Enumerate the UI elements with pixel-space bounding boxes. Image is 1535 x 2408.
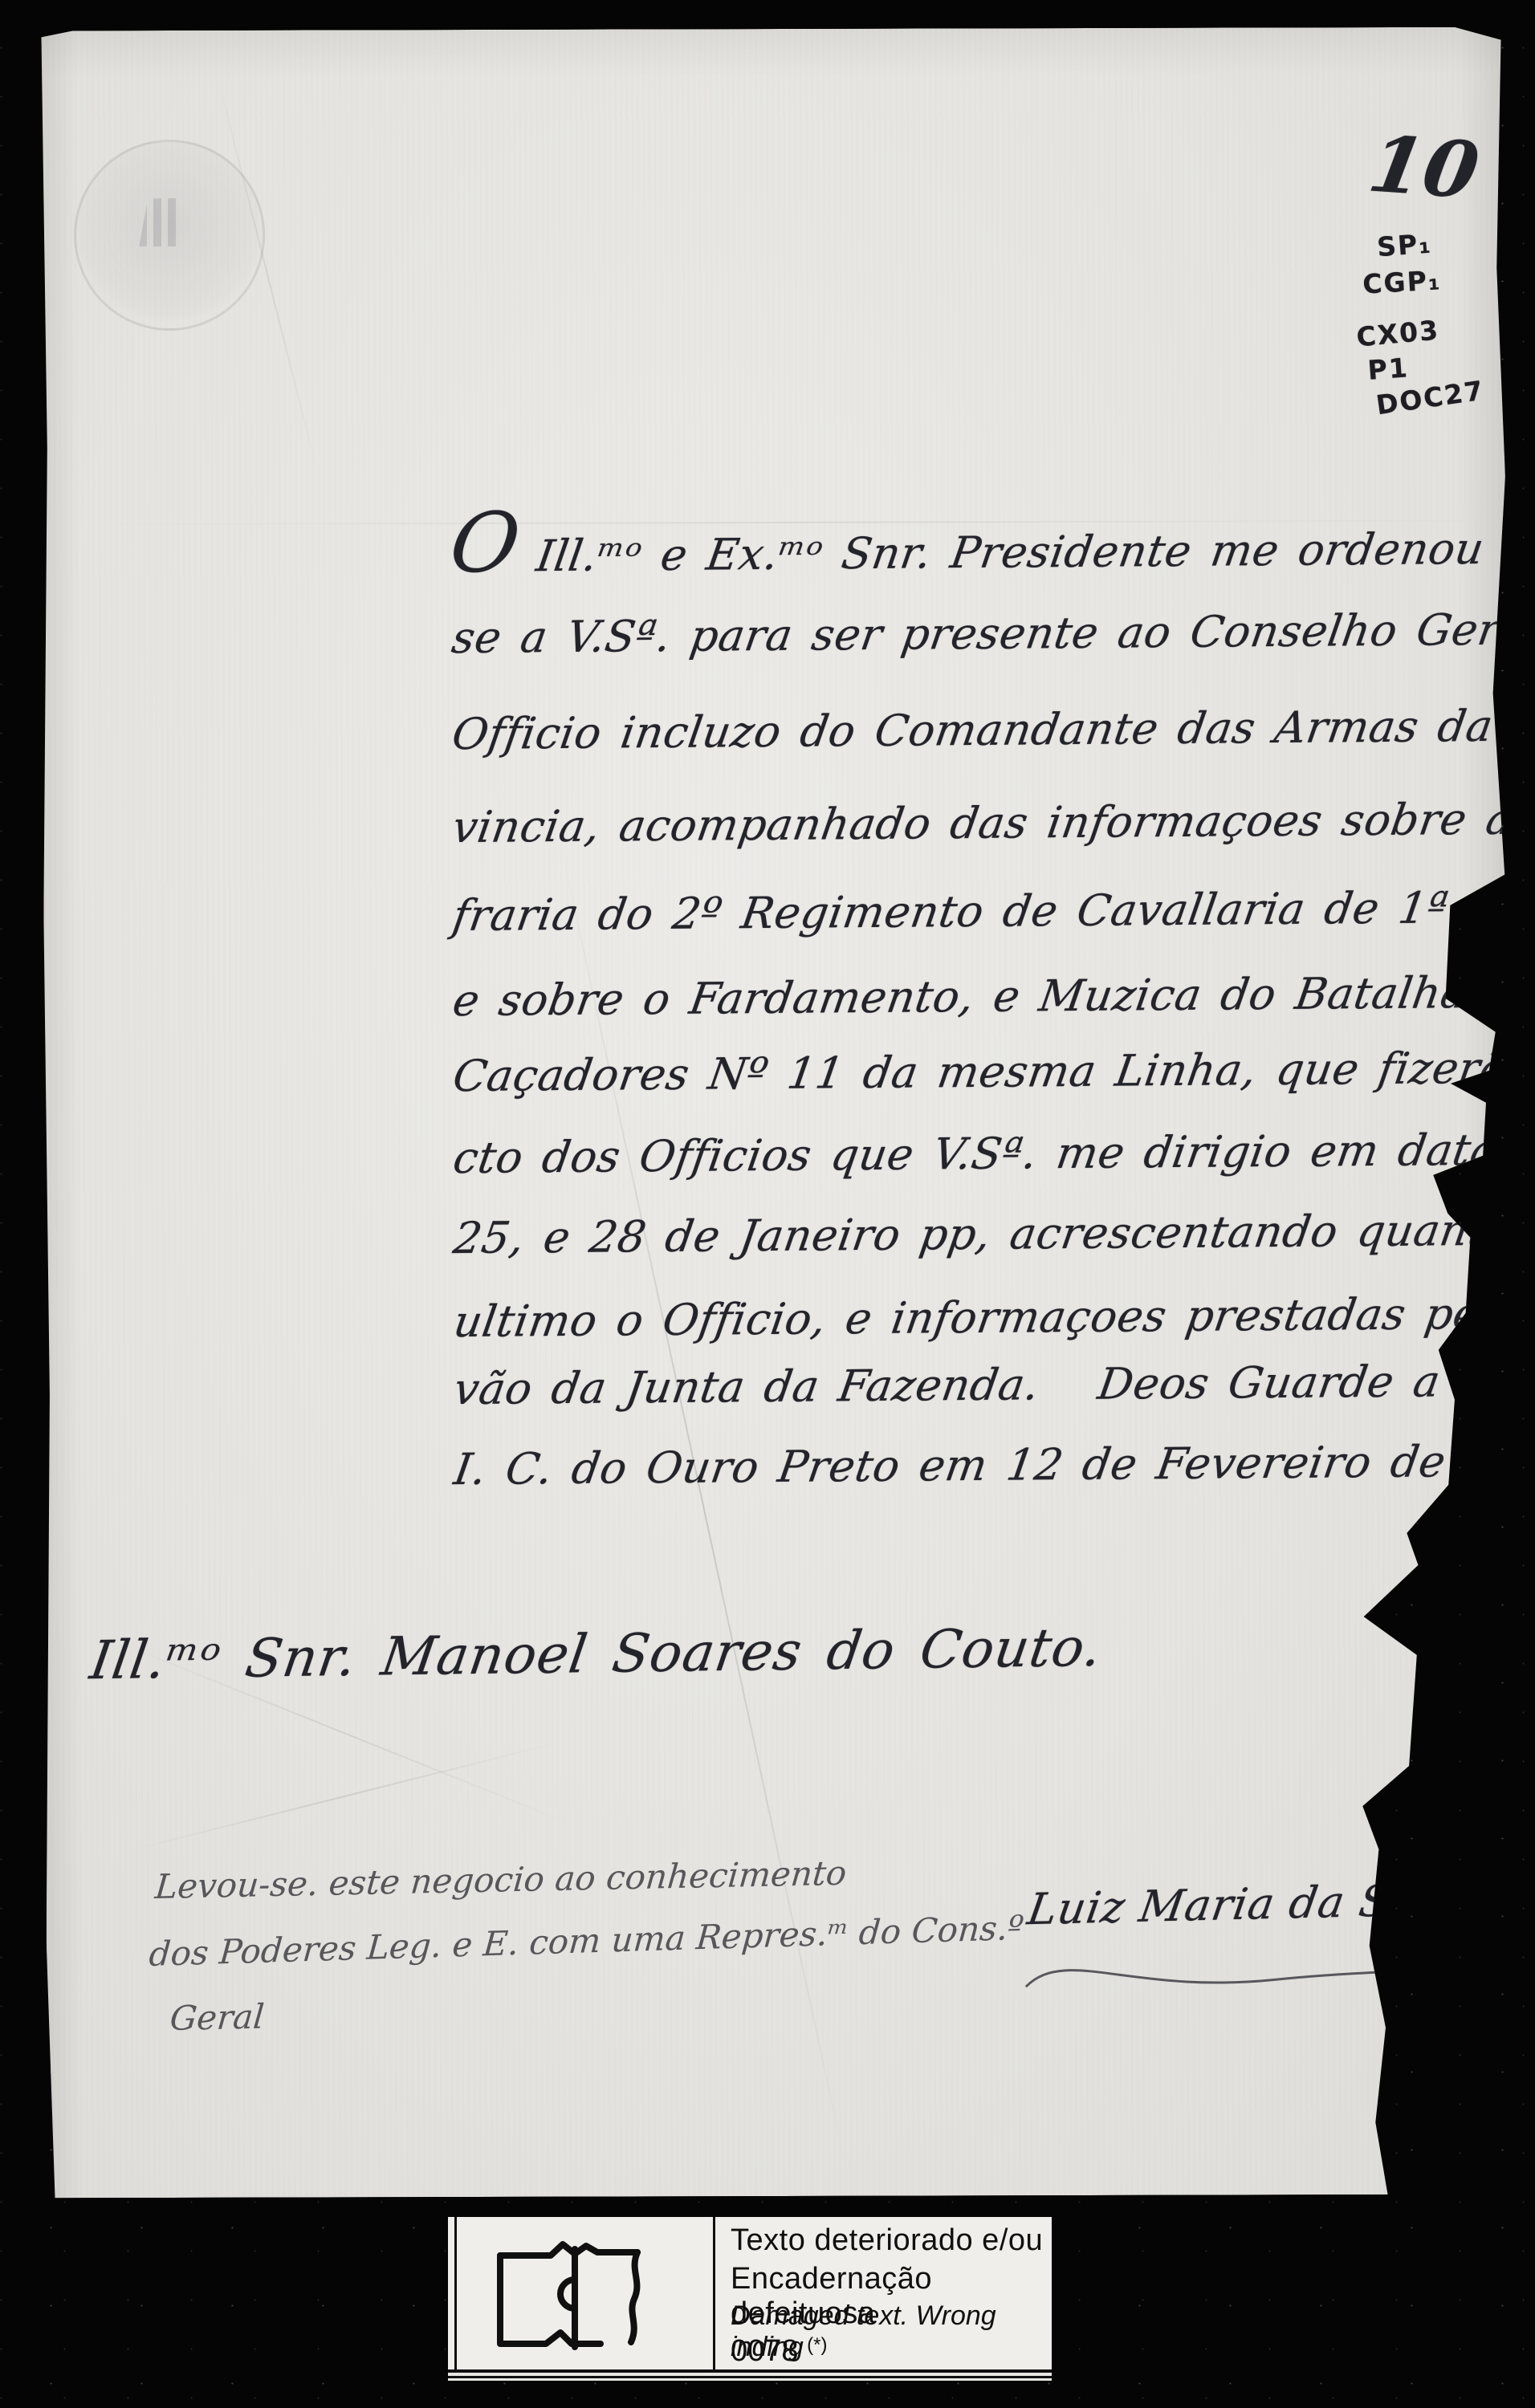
letter-body-line: se a V.Sª. para ser presente ao Conselho… — [449, 604, 1535, 665]
seal-emblem — [139, 198, 200, 246]
letter-body-line: 25, e 28 de Janeiro pp, acrescentando qu… — [450, 1204, 1535, 1265]
letter-body-line: I. C. do Ouro Preto em 12 de Fevereiro d… — [450, 1435, 1535, 1496]
letter-body-line: ultimo o Officio, e informaçoes prestada… — [450, 1287, 1535, 1348]
page-number: 10 — [1362, 119, 1485, 216]
stamp-text-pt-1: Texto deteriorado e/ou — [731, 2223, 1043, 2258]
archive-code: CGP₁ — [1362, 264, 1442, 299]
letter-body-line: e sobre o Fardamento, e Muzica do Batalh… — [450, 966, 1535, 1027]
letter-body-line: Caçadores Nº 11 da mesma Linha, que fize… — [450, 1041, 1535, 1102]
paper-crease — [557, 832, 849, 2182]
letter-body-line: Officio incluzo do Comandante das Armas … — [449, 700, 1535, 761]
damage-stamp-banner: Texto deteriorado e/ou Encadernação defe… — [448, 2217, 1052, 2369]
stamp-number: 0078 (*) — [731, 2334, 827, 2369]
signature-flourish — [1018, 1938, 1532, 2003]
letter-body-line: vão da Junta da Fazenda. Deos Guarde a V… — [450, 1355, 1535, 1416]
archivist-pencil-note-line: Levou-se. este negocio ao conhecimento — [153, 1853, 848, 1906]
stamp-bottom-rule — [448, 2369, 1052, 2381]
stamp-number-note: (*) — [807, 2334, 827, 2356]
archivist-pencil-note-line: dos Poderes Leg. e E. com uma Repres.ᵐ d… — [148, 1908, 1025, 1974]
damaged-book-icon — [480, 2228, 681, 2362]
manuscript-page: 10 SP₁ CGP₁ CX03 P1 DOC27 O Ill.ᵐᵒ e Ex.… — [41, 27, 1520, 2199]
archive-code: P1 — [1366, 352, 1410, 386]
letter-body-line: vincia, acompanhado das informaçoes sobr… — [449, 792, 1535, 853]
archive-code: CX03 — [1355, 314, 1441, 352]
signature: Luiz Maria da Silva Pinto — [1024, 1870, 1535, 1934]
addressee-line: Ill.ᵐᵒ Snr. Manoel Soares do Couto. — [86, 1617, 1105, 1691]
archive-code: SP₁ — [1376, 228, 1433, 263]
scanned-document-view: 10 SP₁ CGP₁ CX03 P1 DOC27 O Ill.ᵐᵒ e Ex.… — [0, 0, 1535, 2408]
letter-body-line: fraria do 2º Regimento de Cavallaria de … — [450, 881, 1535, 942]
archivist-pencil-note-line: Geral — [169, 1997, 266, 2038]
letter-body-line: cto dos Officios que V.Sª. me dirigio em… — [450, 1123, 1535, 1185]
stamp-left-rule — [454, 2217, 457, 2369]
letter-body-line: O Ill.ᵐᵒ e Ex.ᵐᵒ Snr. Presidente me orde… — [446, 502, 1535, 584]
embossed-seal-watermark — [74, 140, 266, 332]
stamp-divider — [713, 2217, 715, 2369]
paper-crease — [124, 1741, 560, 1853]
